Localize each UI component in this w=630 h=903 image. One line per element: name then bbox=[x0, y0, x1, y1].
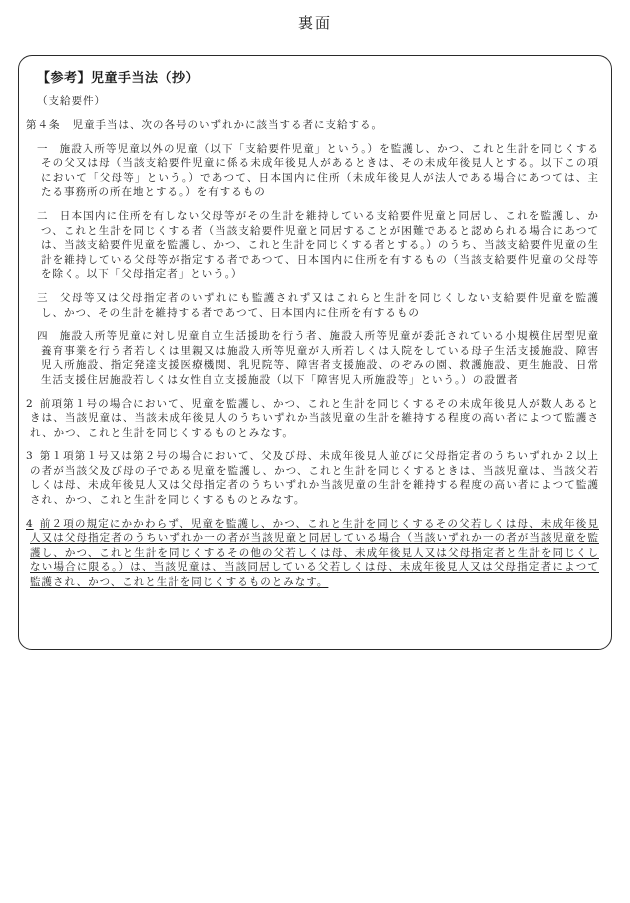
law-paragraph-2: 2前項第１号の場合において、児童を監護し、かつ、これと生計を同じくするその未成年… bbox=[26, 397, 599, 441]
reference-law-box: 【参考】児童手当法（抄） （支給要件） 第４条児童手当は、次の各号のいずれかに該… bbox=[18, 55, 612, 650]
article-4-text: 児童手当は、次の各号のいずれかに該当する者に支給する。 bbox=[73, 119, 384, 131]
law-paragraph-2-text: 前項第１号の場合において、児童を監護し、かつ、これと生計を同じくするその未成年後… bbox=[30, 398, 599, 439]
law-item-4-number: 四 bbox=[37, 330, 49, 342]
law-paragraph-3: 3第１項第１号又は第２号の場合において、父及び母、未成年後見人並びに父母指定者の… bbox=[26, 449, 599, 507]
article-4: 第４条児童手当は、次の各号のいずれかに該当する者に支給する。 bbox=[26, 118, 599, 133]
law-title: 【参考】児童手当法（抄） bbox=[37, 67, 599, 86]
law-paragraph-4-number: 4 bbox=[26, 518, 34, 530]
law-item-1-text: 施設入所等児童以外の児童（以下「支給要件児童」という。）を監護し、かつ、これと生… bbox=[41, 143, 599, 199]
law-item-3-text: 父母等又は父母指定者のいずれにも監護されず又はこれらと生計を同じくしない支給要件… bbox=[41, 292, 599, 319]
article-4-number: 第４条 bbox=[26, 119, 61, 131]
law-item-1-number: 一 bbox=[37, 143, 49, 155]
law-item-3: 三父母等又は父母指定者のいずれにも監護されず又はこれらと生計を同じくしない支給要… bbox=[37, 291, 599, 320]
page-side-label: 裏面 bbox=[0, 12, 630, 33]
law-paragraph-4-text: 前２項の規定にかかわらず、児童を監護し、かつ、これと生計を同じくするその父若しく… bbox=[30, 518, 599, 588]
law-item-1: 一施設入所等児童以外の児童（以下「支給要件児童」という。）を監護し、かつ、これと… bbox=[37, 142, 599, 200]
law-paragraph-3-text: 第１項第１号又は第２号の場合において、父及び母、未成年後見人並びに父母指定者のう… bbox=[30, 450, 599, 506]
law-paragraph-2-number: 2 bbox=[26, 398, 34, 410]
law-item-2-text: 日本国内に住所を有しない父母等がその生計を維持している支給要件児童と同居し、これ… bbox=[41, 210, 599, 280]
law-paragraph-4: 4前２項の規定にかかわらず、児童を監護し、かつ、これと生計を同じくするその父若し… bbox=[26, 517, 599, 590]
law-item-3-number: 三 bbox=[37, 292, 49, 304]
law-subtitle: （支給要件） bbox=[37, 93, 599, 108]
law-paragraph-3-number: 3 bbox=[26, 450, 34, 462]
law-item-2: 二日本国内に住所を有しない父母等がその生計を維持している支給要件児童と同居し、こ… bbox=[37, 209, 599, 282]
law-item-2-number: 二 bbox=[37, 210, 49, 222]
document-page: { "page": { "side_label": "裏面" }, "refer… bbox=[0, 0, 630, 903]
law-item-4-text: 施設入所等児童に対し児童自立生活援助を行う者、施設入所等児童が委託されている小規… bbox=[41, 330, 599, 386]
law-item-4: 四施設入所等児童に対し児童自立生活援助を行う者、施設入所等児童が委託されている小… bbox=[37, 329, 599, 387]
